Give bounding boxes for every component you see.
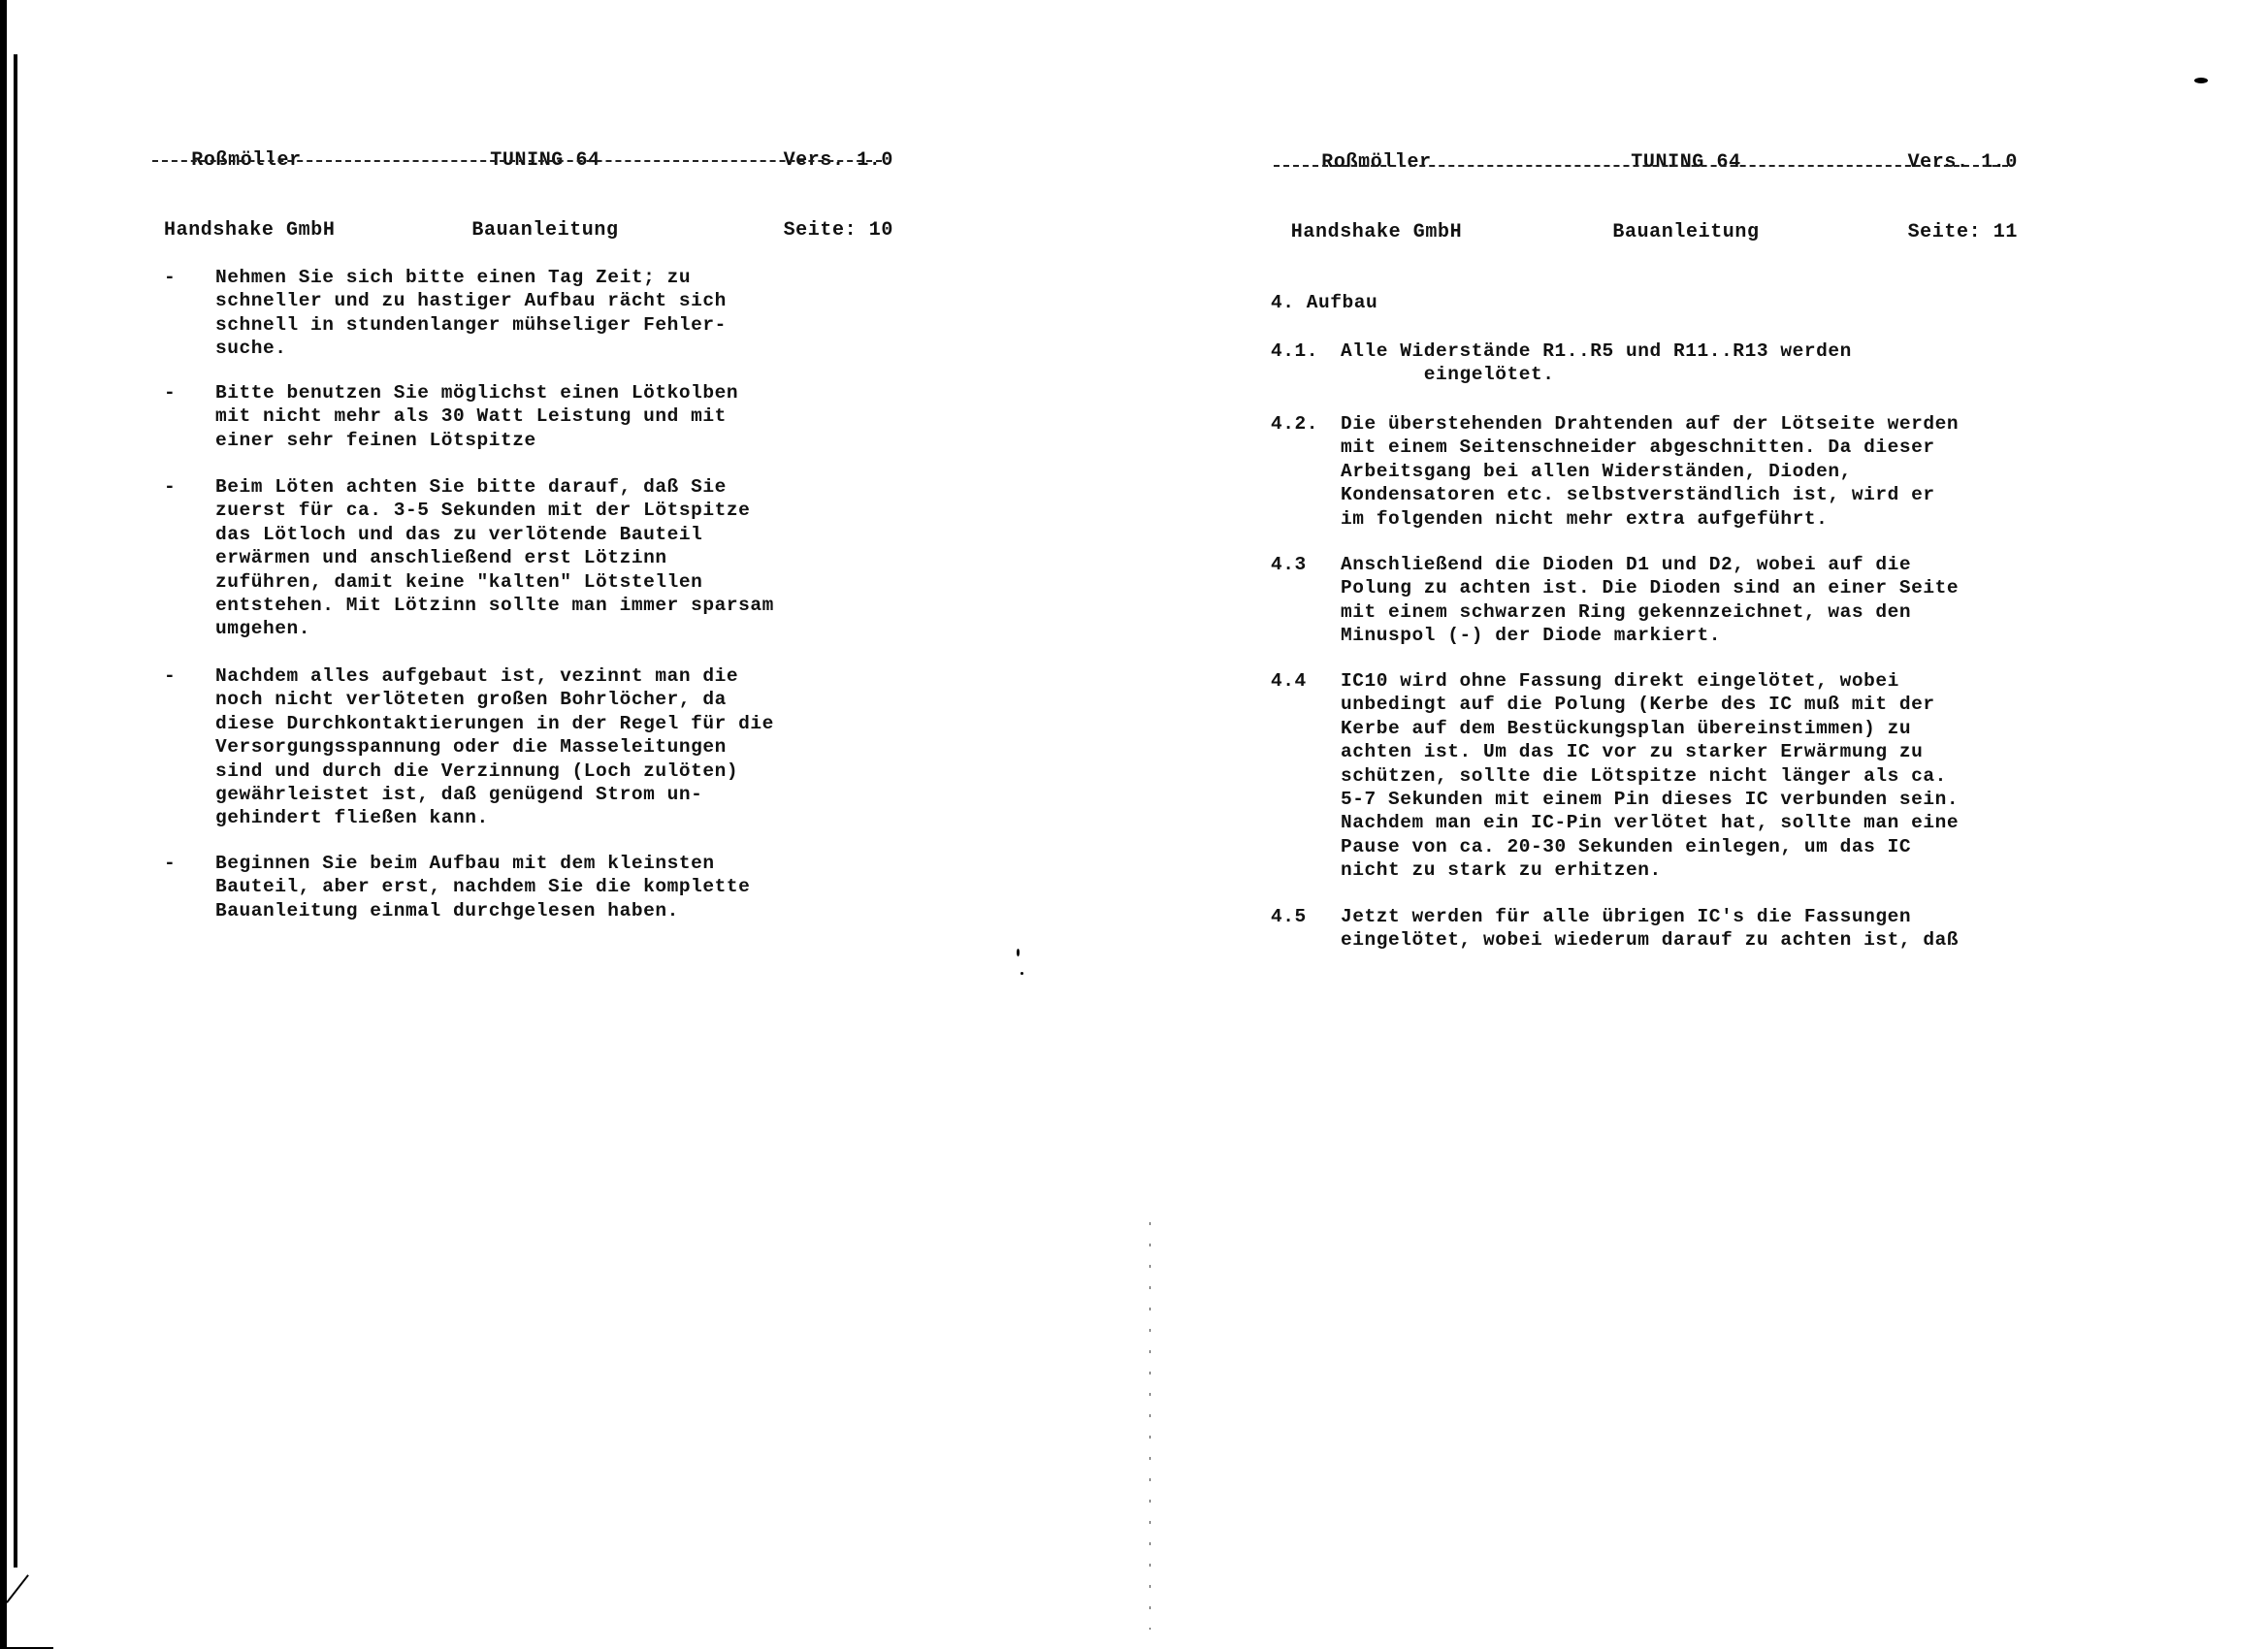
scan-speck bbox=[1021, 972, 1023, 975]
header-rule bbox=[1274, 165, 2008, 167]
header-product: TUNING 64 Bauanleitung bbox=[1584, 105, 1788, 291]
header-product: TUNING 64 Bauanleitung bbox=[443, 103, 647, 289]
step-text: Die überstehenden Drahtenden auf der Löt… bbox=[1341, 412, 1959, 531]
scan-speck bbox=[2194, 78, 2208, 83]
page-number: Seite: 10 bbox=[744, 219, 893, 242]
bullet-text: Beginnen Sie beim Aufbau mit dem kleinst… bbox=[215, 852, 750, 922]
bullet-text: Nehmen Sie sich bitte einen Tag Zeit; zu… bbox=[215, 266, 727, 361]
section-title: 4. Aufbau bbox=[1271, 292, 1377, 313]
header-company: Roßmöller Handshake GmbH bbox=[164, 103, 329, 289]
document-type: Bauanleitung bbox=[443, 219, 647, 242]
document-type: Bauanleitung bbox=[1584, 221, 1788, 244]
step-text: Anschließend die Dioden D1 und D2, wobei… bbox=[1341, 553, 1959, 648]
version-label: Vers. 1.0 bbox=[1866, 151, 2018, 175]
scan-speck bbox=[1017, 949, 1020, 956]
company-subtitle: Handshake GmbH bbox=[1286, 221, 1467, 244]
bullet-dash: - bbox=[164, 475, 176, 499]
bullet-dash: - bbox=[164, 852, 176, 875]
scan-border-left bbox=[0, 0, 7, 1649]
bullet-text: Beim Löten achten Sie bitte darauf, daß … bbox=[215, 475, 774, 641]
bullet-text: Nachdem alles aufgebaut ist, vezinnt man… bbox=[215, 664, 774, 830]
bullet-text: Bitte benutzen Sie möglichst einen Lötko… bbox=[215, 381, 738, 452]
step-text: IC10 wird ohne Fassung direkt eingelötet… bbox=[1341, 669, 1959, 883]
company-name: Roßmöller bbox=[1286, 151, 1467, 175]
product-name: TUNING 64 bbox=[1584, 151, 1788, 175]
bullet-dash: - bbox=[164, 381, 176, 404]
step-number: 4.3 bbox=[1271, 553, 1307, 576]
page-gutter bbox=[1150, 1222, 1150, 1630]
step-text: Alle Widerstände R1..R5 und R11..R13 wer… bbox=[1341, 339, 1852, 387]
bullet-dash: - bbox=[164, 664, 176, 688]
step-number: 4.4 bbox=[1271, 669, 1307, 693]
company-subtitle: Handshake GmbH bbox=[164, 219, 329, 242]
scan-border-line bbox=[14, 54, 17, 1568]
step-number: 4.1. bbox=[1271, 339, 1318, 363]
step-number: 4.2. bbox=[1271, 412, 1318, 436]
header-rule bbox=[152, 160, 882, 162]
page-number: Seite: 11 bbox=[1866, 221, 2018, 244]
header-version: Vers. 1.0 Seite: 10 bbox=[744, 103, 893, 289]
step-text: Jetzt werden für alle übrigen IC's die F… bbox=[1341, 905, 1959, 953]
pen-mark bbox=[6, 1574, 29, 1603]
step-number: 4.5 bbox=[1271, 905, 1307, 928]
bullet-dash: - bbox=[164, 266, 176, 289]
header-company: Roßmöller Handshake GmbH bbox=[1286, 105, 1467, 291]
header-version: Vers. 1.0 Seite: 11 bbox=[1866, 105, 2018, 291]
